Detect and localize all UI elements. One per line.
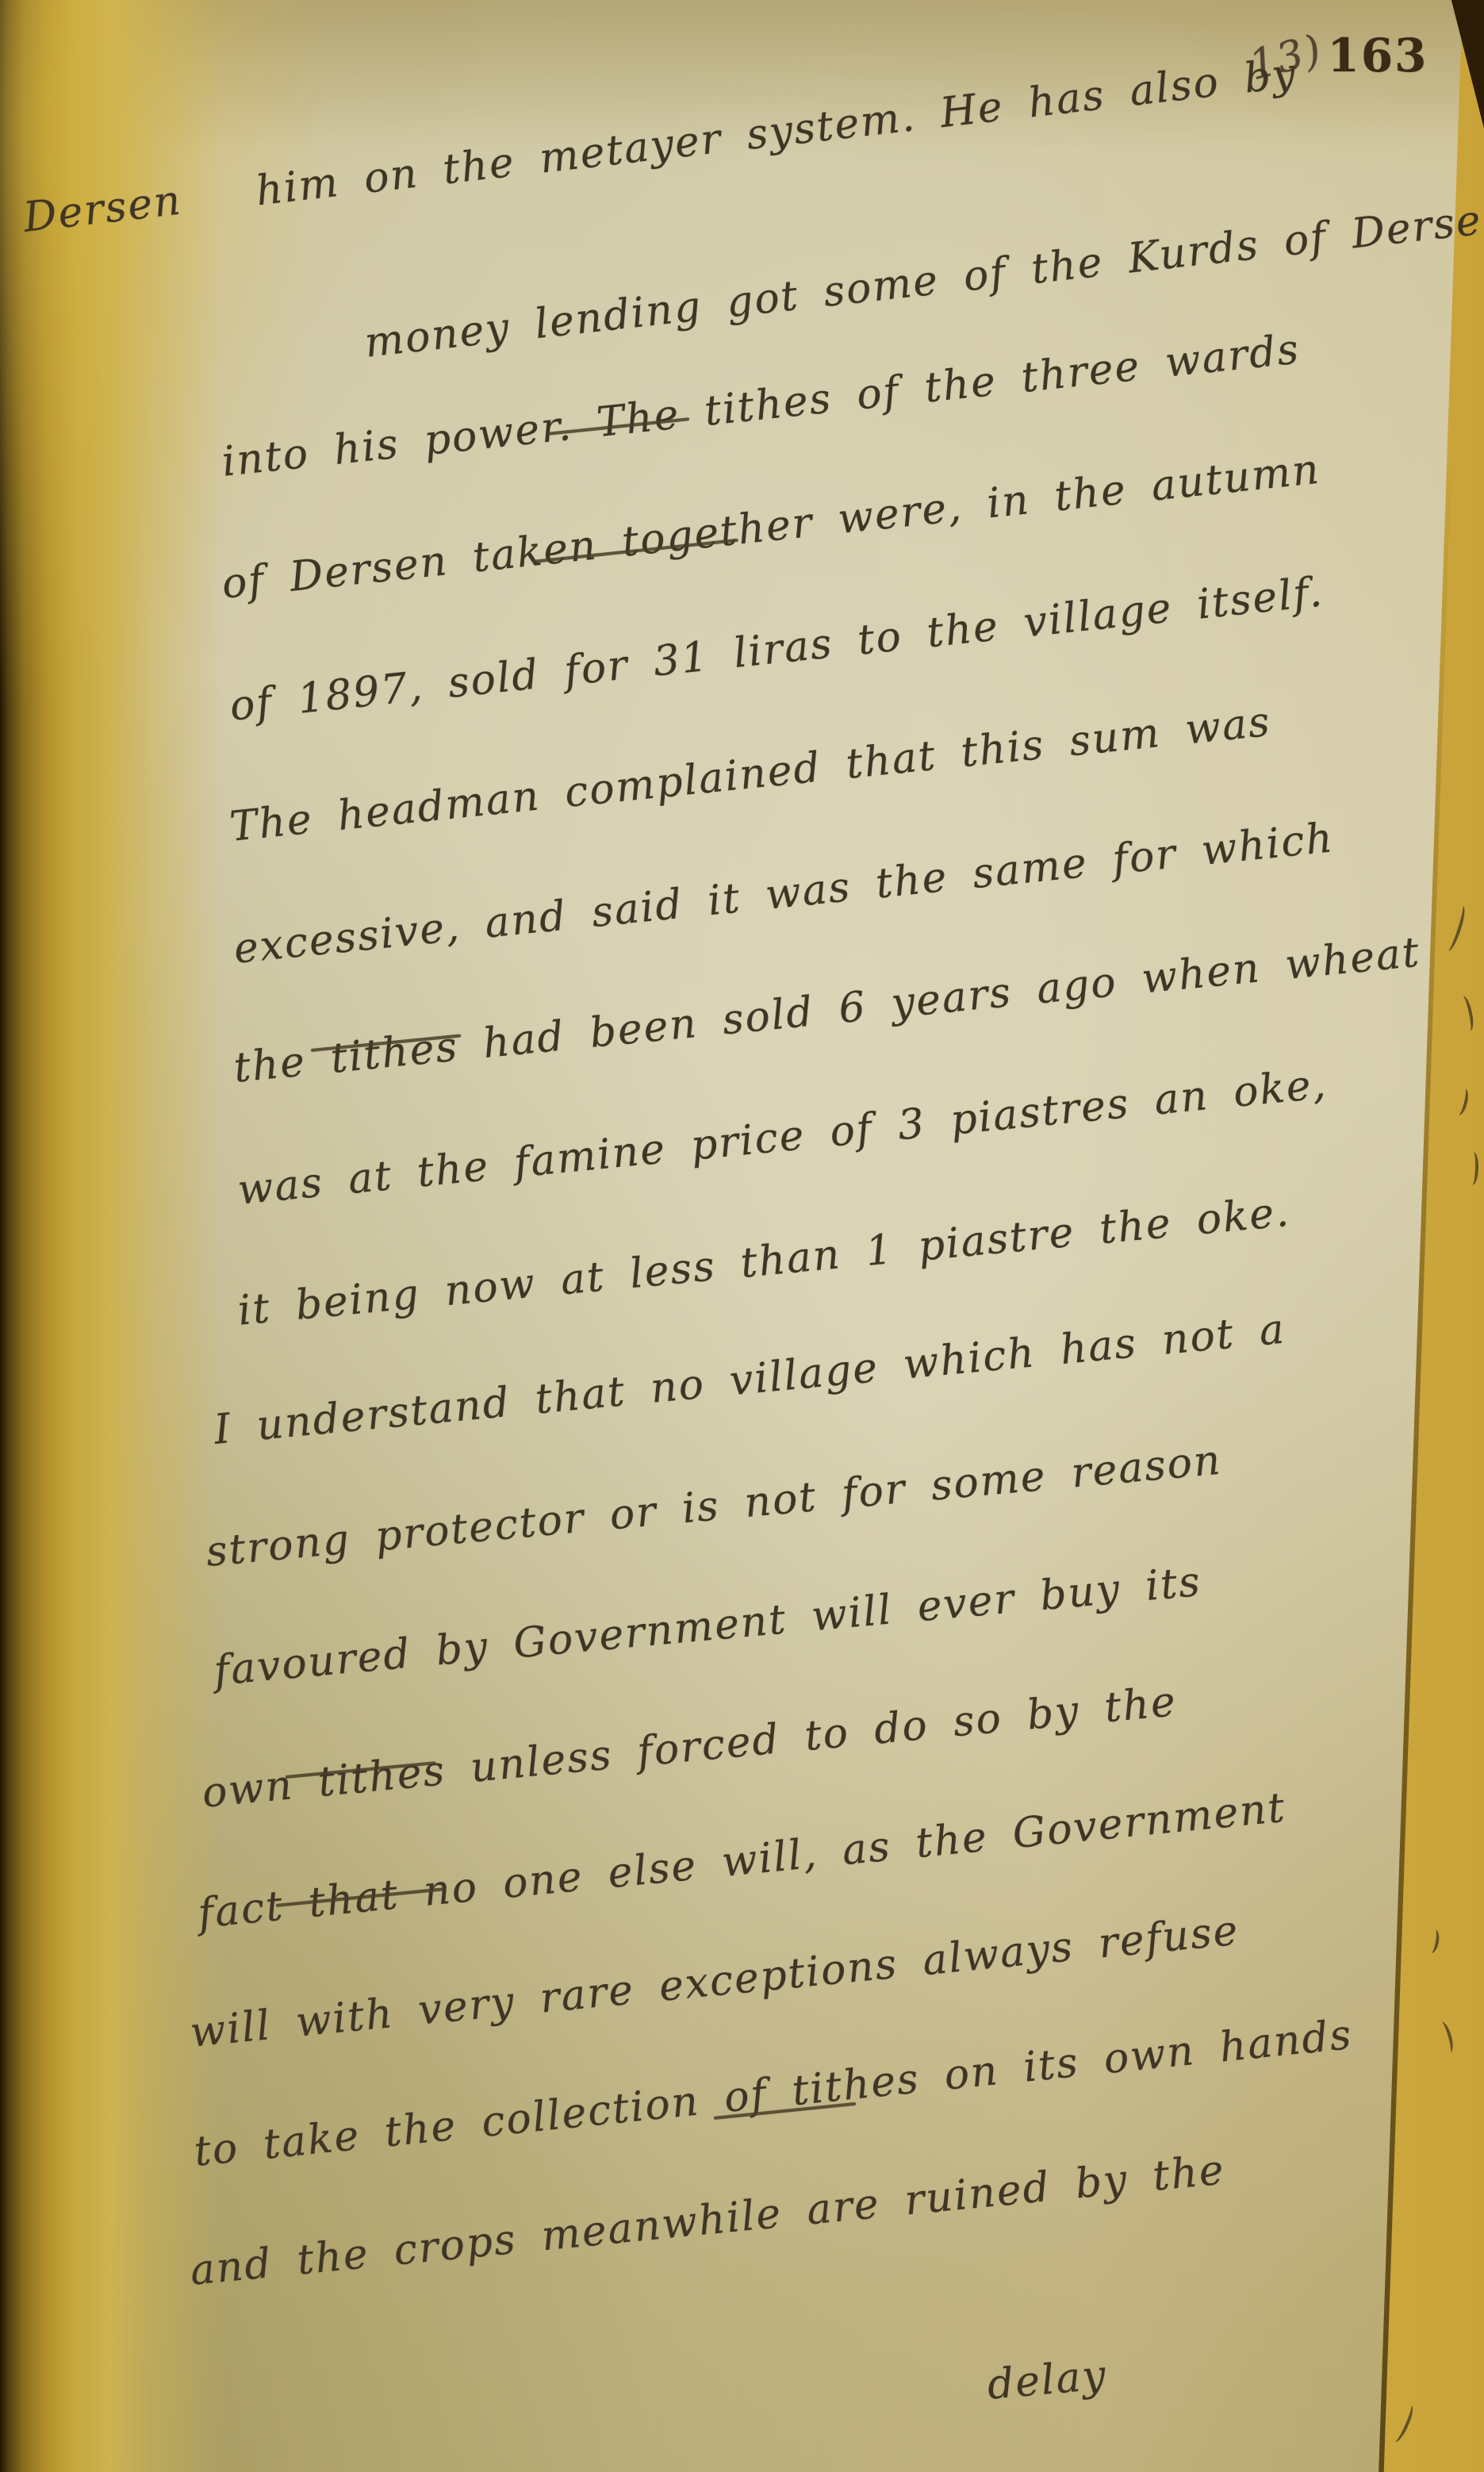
manuscript-line: money lending got some of the Kurds of D…: [362, 190, 1484, 371]
manuscript-line: was at the famine price of 3 piastres an…: [236, 1057, 1329, 1219]
manuscript-line: own tithes unless forced to do so by the: [200, 1674, 1179, 1821]
manuscript-page: 13)163 Dersen him on the metayer system.…: [0, 0, 1484, 2472]
manuscript-line: and the crops meanwhile are ruined by th…: [188, 2142, 1228, 2299]
manuscript-line: delay: [985, 2347, 1110, 2413]
manuscript-line: strong protector or is not for some reas…: [204, 1433, 1224, 1580]
page-number: 163: [1327, 29, 1428, 83]
gutter-highlight: [0, 0, 333, 714]
manuscript-line: favoured by Government will ever buy its: [212, 1554, 1204, 1699]
